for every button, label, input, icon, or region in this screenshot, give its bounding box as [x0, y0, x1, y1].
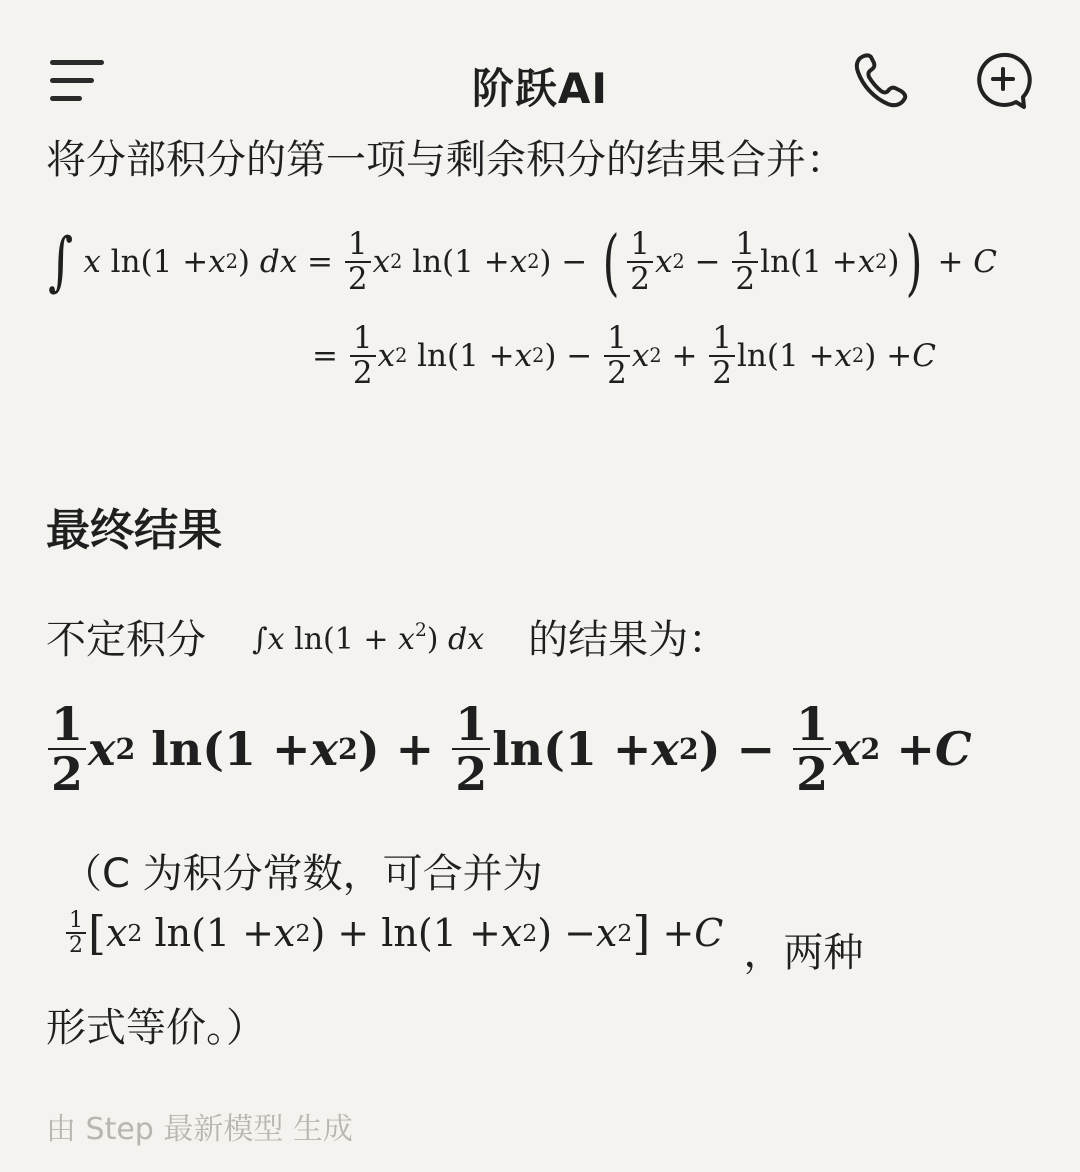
generated-by-label: 由 Step 最新模型 生成 — [46, 1104, 353, 1148]
result-prefix: 不定积分 — [46, 616, 206, 664]
final-expression: 12x2 ln(1 + x2) + 12ln(1 + x2) − 12x2 + … — [46, 700, 972, 799]
inline-integral: ∫x ln(1 + x2) dx — [252, 622, 484, 658]
new-chat-icon[interactable] — [972, 50, 1034, 112]
phone-icon[interactable] — [850, 50, 912, 112]
app-title: 阶跃AI — [0, 56, 1080, 116]
derivation-line-2: = 12x2 ln(1 + x2) − 12x2 + 12ln(1 + x2) … — [312, 322, 936, 389]
result-suffix: 的结果为： — [528, 616, 728, 664]
derivation-line-1: ∫ x ln(1 + x2) dx = 12x2 ln(1 + x2) − ( … — [44, 226, 997, 298]
section-heading: 最终结果 — [46, 494, 222, 558]
note-line-2-tail: ，两种 — [743, 929, 863, 977]
note-formula: 12 [x2 ln(1 + x2) + ln(1 + x2) − x2] + C… — [64, 906, 863, 960]
result-intro: 不定积分 ∫x ln(1 + x2) dx 的结果为： — [46, 616, 728, 664]
note-line-1: （C 为积分常数，可合并为 — [62, 850, 543, 898]
note-line-3: 形式等价。） — [46, 1004, 266, 1052]
intro-text: 将分部积分的第一项与剩余积分的结果合并： — [46, 136, 846, 184]
